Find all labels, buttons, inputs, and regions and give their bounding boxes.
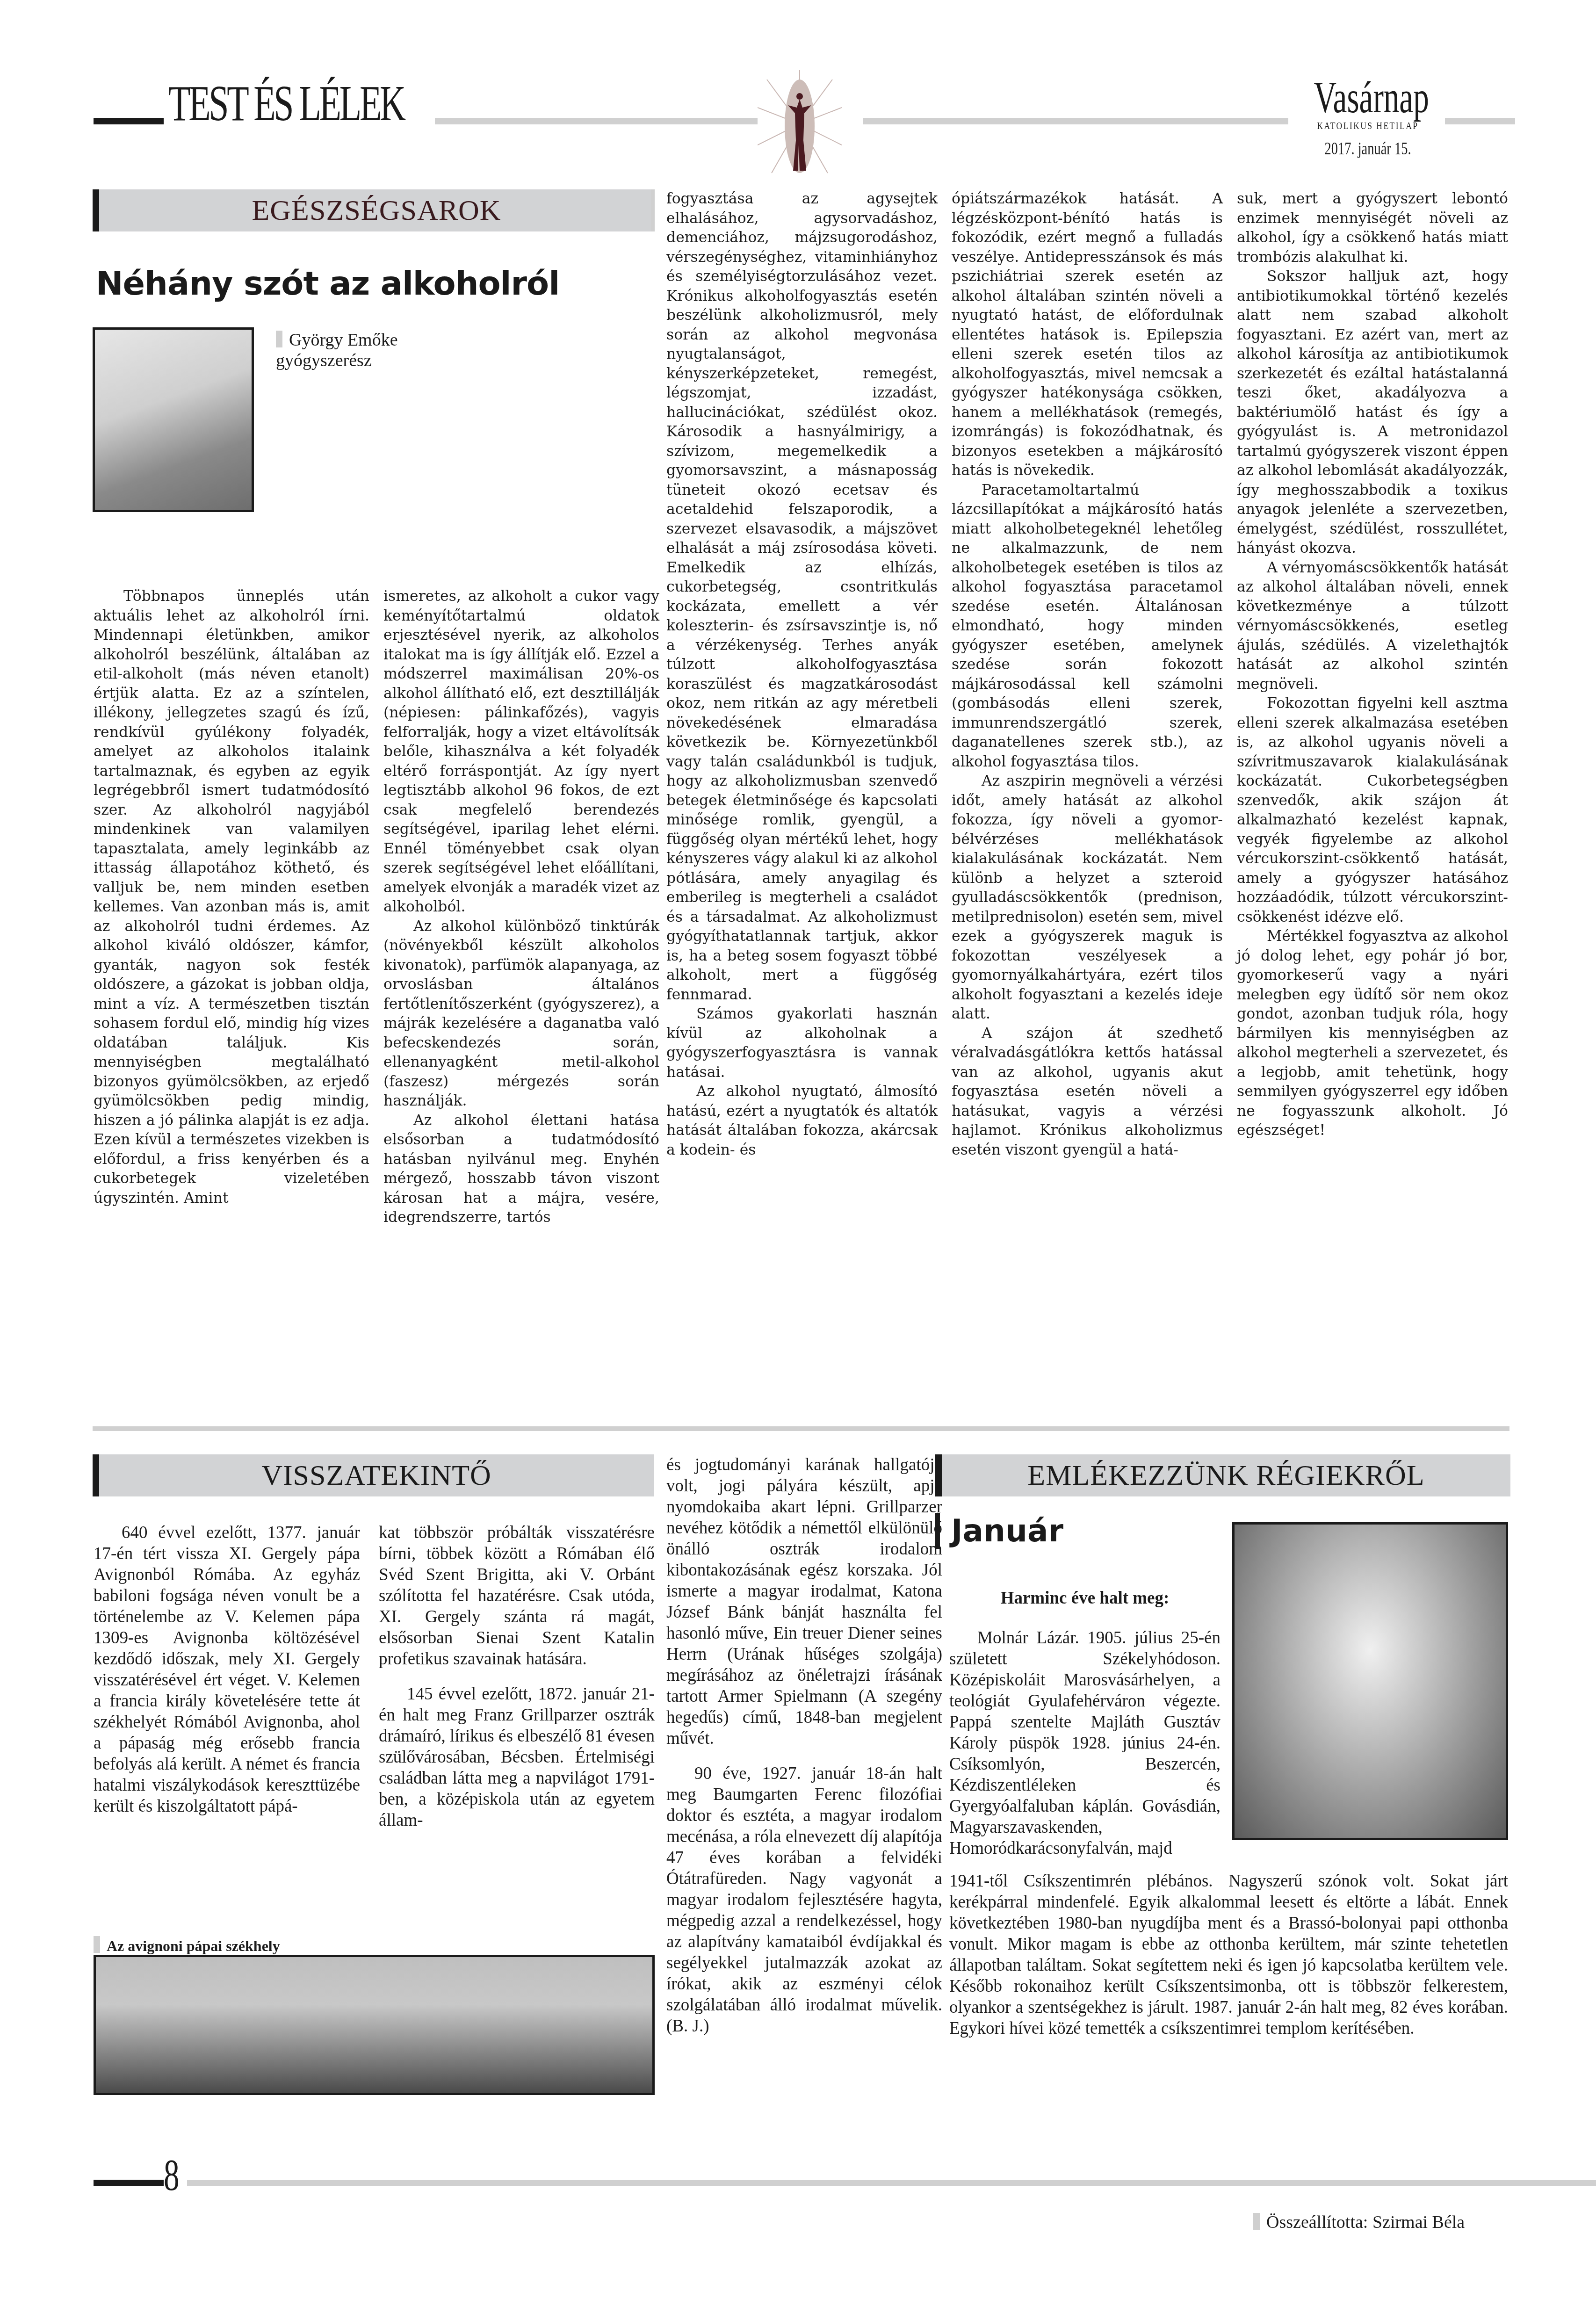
footer-rule: [187, 2180, 1596, 2186]
memorial-column-wide: 1941-től Csíkszentimrén plébános. Nagysz…: [949, 1871, 1508, 2053]
masthead-name: Vasárnap: [1314, 75, 1422, 120]
author-photo: [93, 327, 254, 512]
health-column-5: suk, mert a gyógyszert lebontó enzimek m…: [1237, 189, 1508, 1141]
retro-column-2: kat többször próbálták visszatérésre bír…: [379, 1522, 655, 1845]
paragraph: kat többször próbálták visszatérésre bír…: [379, 1522, 655, 1670]
banner-label: EMLÉKEZZÜNK RÉGIEKRŐL: [1027, 1459, 1424, 1492]
header-rule-mid: [863, 118, 1288, 124]
paragraph: Mértékkel fogyasztva az alkohol jó dolog…: [1237, 927, 1508, 1141]
section-banner-health: EGÉSZSÉGSAROK: [93, 189, 654, 231]
paragraph: Sokszor halljuk azt, hogy antibiotikumok…: [1237, 267, 1508, 558]
photo-caption: Az avignoni pápai székhely: [94, 1936, 280, 1955]
section-banner-memorial: EMLÉKEZZÜNK RÉGIEKRŐL: [935, 1454, 1510, 1496]
paragraph: ismeretes, az alkoholt a cukor vagy kemé…: [383, 587, 659, 917]
paragraph: Paracetamoltartalmú lázcsillapítókat a m…: [952, 481, 1223, 772]
health-column-4: ópiátszármazékok hatását. A légzésközpon…: [952, 189, 1223, 1160]
banner-label: VISSZATEKINTŐ: [261, 1459, 491, 1492]
paragraph: 640 évvel ezelőtt, 1377. január 17-én té…: [94, 1522, 360, 1817]
cemetery-photo: [1232, 1522, 1508, 1840]
author-title: gyógyszerész: [276, 351, 372, 370]
paragraph: 145 évvel ezelőtt, 1872. január 21-én ha…: [379, 1684, 655, 1831]
paragraph: Többnapos ünneplés után aktuális lehet a…: [94, 587, 369, 1208]
retro-column-1: 640 évvel ezelőtt, 1377. január 17-én té…: [94, 1522, 360, 1831]
caption-marker: [94, 1936, 100, 1953]
paragraph: A szájon át szedhető véralvadásgátlókra …: [952, 1024, 1223, 1160]
page-number: 8: [164, 2149, 180, 2201]
paragraph: Az alkohol nyugtató, álmosító hatású, ez…: [666, 1082, 938, 1160]
credit-marker: [1253, 2213, 1260, 2230]
issue-date: 2017. január 15.: [1310, 138, 1426, 159]
paragraph: és jogtudományi karának hallgatója volt,…: [666, 1454, 942, 1749]
banner-label: EGÉSZSÉGSAROK: [252, 194, 501, 227]
paragraph: suk, mert a gyógyszert lebontó enzimek m…: [1237, 189, 1508, 267]
paragraph: 90 éve, 1927. január 18-án halt meg Baum…: [666, 1763, 942, 2037]
vitruvian-figure-icon: [758, 70, 842, 178]
health-column-2: ismeretes, az alkoholt a cukor vagy kemé…: [383, 587, 659, 1228]
paragraph: Az alkohol különböző tinktúrák (növények…: [383, 917, 659, 1111]
header-rule-right: [1445, 118, 1515, 124]
section-divider: [93, 1426, 1509, 1431]
section-title: TEST ÉS LÉLEK: [168, 75, 404, 133]
paragraph: 1941-től Csíkszentimrén plébános. Nagysz…: [949, 1871, 1508, 2039]
memorial-column-narrow: Harminc éve halt meg: Molnár Lázár. 1905…: [949, 1588, 1220, 1873]
footer-bar-mark: [94, 2180, 164, 2186]
health-column-1: Többnapos ünneplés után aktuális lehet a…: [94, 587, 369, 1208]
paragraph: fogyasztása az agysejtek elhalásához, ag…: [666, 189, 938, 1005]
page-header: TEST ÉS LÉLEK Vasárnap KATOLIKUS HETILAP…: [0, 0, 1596, 187]
paragraph: Az aszpirin megnöveli a vérzési időt, am…: [952, 772, 1223, 1024]
header-bar-mark: [94, 118, 164, 124]
memorial-lead: Harminc éve halt meg:: [949, 1588, 1220, 1609]
paragraph: Fokozottan figyelni kell asztma elleni s…: [1237, 694, 1508, 927]
caption-text: Az avignoni pápai székhely: [107, 1937, 280, 1954]
article-headline: Néhány szót az alkoholról: [96, 264, 559, 303]
masthead: Vasárnap KATOLIKUS HETILAP 2017. január …: [1291, 75, 1445, 159]
avignon-palace-photo: [94, 1955, 655, 2095]
month-subhead: Január: [935, 1513, 1063, 1549]
paragraph: Molnár Lázár. 1905. július 25-én születe…: [949, 1627, 1220, 1859]
paragraph: A vérnyomáscsökkentők hatását az alkohol…: [1237, 558, 1508, 694]
paragraph: Számos gyakorlati hasznán kívül az alkoh…: [666, 1005, 938, 1082]
health-column-3: fogyasztása az agysejtek elhalásához, ag…: [666, 189, 938, 1160]
compiler-credit: Összeállította: Szirmai Béla: [1253, 2212, 1465, 2233]
author-byline: György Emőke gyógyszerész: [276, 330, 398, 371]
paragraph: Az alkohol élettani hatása elsősorban a …: [383, 1111, 659, 1228]
masthead-subtitle: KATOLIKUS HETILAP: [1306, 120, 1430, 132]
column-divider: [651, 189, 655, 231]
paragraph: ópiátszármazékok hatását. A légzésközpon…: [952, 189, 1223, 481]
header-rule-left: [435, 118, 758, 124]
byline-marker: [276, 331, 282, 347]
credit-text: Összeállította: Szirmai Béla: [1266, 2212, 1465, 2232]
retro-column-3: és jogtudományi karának hallgatója volt,…: [666, 1454, 942, 2051]
section-banner-retro: VISSZATEKINTŐ: [93, 1454, 654, 1496]
author-name: György Emőke: [289, 330, 398, 350]
